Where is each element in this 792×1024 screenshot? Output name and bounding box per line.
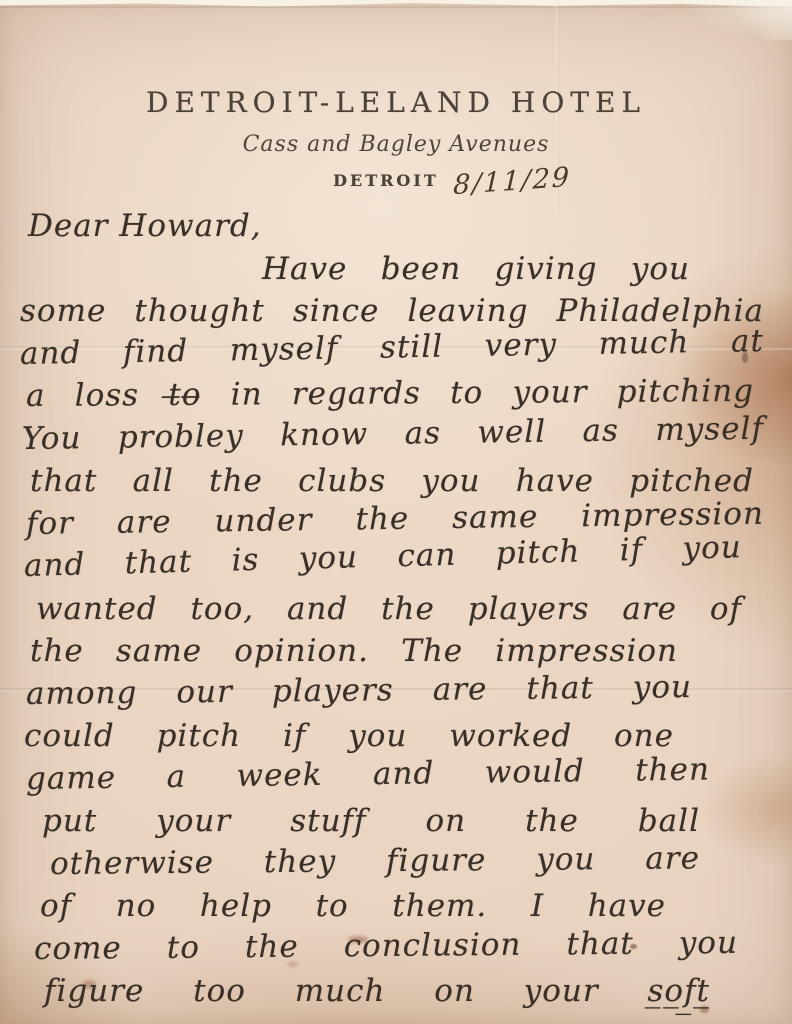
handwritten-line: otherwise they figure you are (50, 837, 700, 885)
hotel-name: DETROIT-LELAND HOTEL (0, 86, 792, 119)
handwritten-line: game a week and would then (26, 748, 711, 800)
city-label: DETROIT (333, 166, 439, 190)
handwritten-line: come to the conclusion that you (34, 921, 738, 970)
handwritten-line: put your stuff on the ball (42, 800, 700, 843)
address-line: Cass and Bagley Avenues (0, 132, 792, 157)
letter-body: Dear Howard, Have been giving you some t… (0, 205, 792, 1013)
handwritten-line-salutation: Dear Howard, (28, 205, 218, 248)
letterhead: DETROIT-LELAND HOTEL Cass and Bagley Ave… (0, 0, 792, 197)
handwritten-line: the same opinion. The impression (30, 630, 678, 673)
handwritten-line: Have been giving you (262, 248, 690, 291)
handwritten-line: wanted too, and the players are of (36, 588, 742, 631)
handwritten-date: 8/11/29 (452, 162, 571, 201)
handwritten-line: figure too much on your s̲o̲f̲t̲ (44, 970, 710, 1013)
handwritten-line: among our players are that you (26, 666, 692, 715)
handwritten-line: of no help to them. I have (40, 885, 666, 928)
letter-scan: DETROIT-LELAND HOTEL Cass and Bagley Ave… (0, 0, 792, 1024)
city-date-row: DETROIT 8/11/29 (56, 166, 792, 197)
